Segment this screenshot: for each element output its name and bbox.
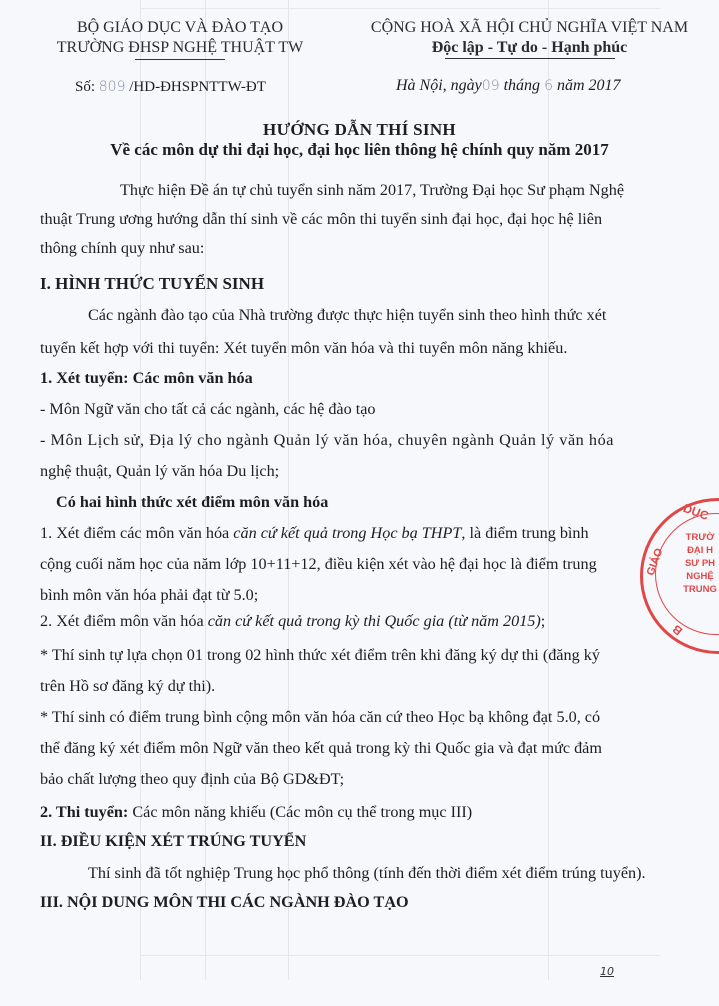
section-heading-2: II. ĐIỀU KIỆN XÉT TRÚNG TUYỂN	[40, 832, 306, 851]
document-page: BỘ GIÁO DỤC VÀ ĐÀO TẠO TRƯỜNG ĐHSP NGHỆ …	[0, 0, 719, 1006]
bullet-item-continued: nghệ thuật, Quản lý văn hóa Du lịch;	[40, 462, 279, 481]
school-name: TRƯỜNG ĐHSP NGHỆ THUẬT TW	[30, 38, 330, 58]
form-text-italic: căn cứ kết quả trong kỳ thi Quốc gia (từ…	[208, 612, 541, 630]
bullet-item: - Môn Ngữ văn cho tất cả các ngành, các …	[40, 400, 376, 419]
ministry-name: BỘ GIÁO DỤC VÀ ĐÀO TẠO	[30, 18, 330, 38]
seal-line: SƯ PH	[665, 557, 719, 570]
intro-line: thuật Trung ương hướng dẫn thí sinh về c…	[40, 210, 602, 229]
official-seal: DỤC GIÁO B TRƯỜ ĐẠI H SƯ PH NGHỆ TRUNG	[640, 498, 719, 654]
seal-line: NGHỆ	[665, 570, 719, 583]
form-text: , là điểm trung bình	[461, 524, 588, 542]
subsection-heading: 1. Xét tuyển: Các môn văn hóa	[40, 369, 253, 388]
form-item-1-continued: cộng cuối năm học của năm lớp 10+11+12, …	[40, 555, 597, 574]
bleed-through-line	[140, 955, 660, 956]
intro-line: Thực hiện Đề án tự chủ tuyển sinh năm 20…	[120, 181, 624, 200]
section-heading-1: I. HÌNH THỨC TUYỂN SINH	[40, 274, 264, 294]
seal-line: ĐẠI H	[665, 544, 719, 557]
national-heading-block: CỘNG HOÀ XÃ HỘI CHỦ NGHĨA VIỆT NAM Độc l…	[340, 18, 719, 59]
seal-center-text: TRƯỜ ĐẠI H SƯ PH NGHỆ TRUNG	[665, 531, 719, 596]
bleed-through-line	[140, 8, 660, 9]
note-line: * Thí sinh có điểm trung bình cộng môn v…	[40, 708, 600, 727]
subsection-thi-tuyen: 2. Thi tuyển: Các môn năng khiếu (Các mô…	[40, 803, 472, 822]
date-month: 6	[544, 78, 553, 94]
date-day: 09	[482, 78, 500, 94]
note-line: bảo chất lượng theo quy định của Bộ GD&Đ…	[40, 770, 344, 789]
subsection-note: Có hai hình thức xét điểm môn văn hóa	[56, 493, 328, 512]
issue-date: Hà Nội, ngày09 tháng 6 năm 2017	[396, 77, 621, 95]
seal-line: TRƯỜ	[665, 531, 719, 544]
header-underline	[135, 59, 225, 60]
subsection-heading: 2. Thi tuyển:	[40, 803, 128, 821]
document-number: Số: 809 /HD-ĐHSPNTTW-ĐT	[75, 79, 266, 96]
form-text: 1. Xét điểm các môn văn hóa	[40, 524, 233, 542]
subsection-text: Các môn năng khiếu (Các môn cụ thể trong…	[128, 803, 472, 821]
form-text-italic: căn cứ kết quả trong Học bạ THPT	[233, 524, 461, 542]
paragraph-line: tuyển kết hợp với thi tuyển: Xét tuyển m…	[40, 339, 567, 358]
note-line: thể đăng ký xét điểm môn Ngữ văn theo kế…	[40, 739, 602, 758]
paragraph-line: Các ngành đào tạo của Nhà trường được th…	[88, 306, 606, 325]
national-motto: Độc lập - Tự do - Hạnh phúc	[340, 38, 719, 58]
section-heading-3: III. NỘI DUNG MÔN THI CÁC NGÀNH ĐÀO TẠO	[40, 893, 409, 912]
country-name: CỘNG HOÀ XÃ HỘI CHỦ NGHĨA VIỆT NAM	[340, 18, 719, 38]
bullet-item: - Môn Lịch sử, Địa lý cho ngành Quản lý …	[40, 431, 614, 450]
form-text: 2. Xét điểm môn văn hóa	[40, 612, 208, 630]
note-line: * Thí sinh tự lựa chọn 01 trong 02 hình …	[40, 646, 600, 665]
date-prefix: Hà Nội, ngày	[396, 77, 482, 94]
form-item-1-continued: bình môn văn hóa phải đạt từ 5.0;	[40, 586, 258, 605]
motto-underline	[445, 58, 615, 59]
seal-line: TRUNG	[665, 583, 719, 596]
doc-number-handwritten: 809	[99, 79, 126, 95]
form-item-2: 2. Xét điểm môn văn hóa căn cứ kết quả t…	[40, 612, 545, 631]
paragraph-line: Thí sinh đã tốt nghiệp Trung học phổ thô…	[88, 864, 646, 883]
doc-number-label: Số:	[75, 79, 95, 95]
page-number: 10	[600, 965, 614, 978]
note-line: trên Hồ sơ đăng ký dự thi).	[40, 677, 215, 696]
document-title: HƯỚNG DẪN THÍ SINH	[0, 120, 719, 140]
form-item-1: 1. Xét điểm các môn văn hóa căn cứ kết q…	[40, 524, 589, 543]
date-month-label: tháng	[504, 77, 540, 94]
date-year: năm 2017	[557, 77, 621, 94]
doc-number-suffix: /HD-ĐHSPNTTW-ĐT	[129, 79, 266, 95]
issuer-block: BỘ GIÁO DỤC VÀ ĐÀO TẠO TRƯỜNG ĐHSP NGHỆ …	[30, 18, 330, 60]
form-text: ;	[541, 612, 546, 630]
document-subtitle: Về các môn dự thi đại học, đại học liên …	[0, 140, 719, 160]
intro-line: thông chính quy như sau:	[40, 239, 204, 258]
